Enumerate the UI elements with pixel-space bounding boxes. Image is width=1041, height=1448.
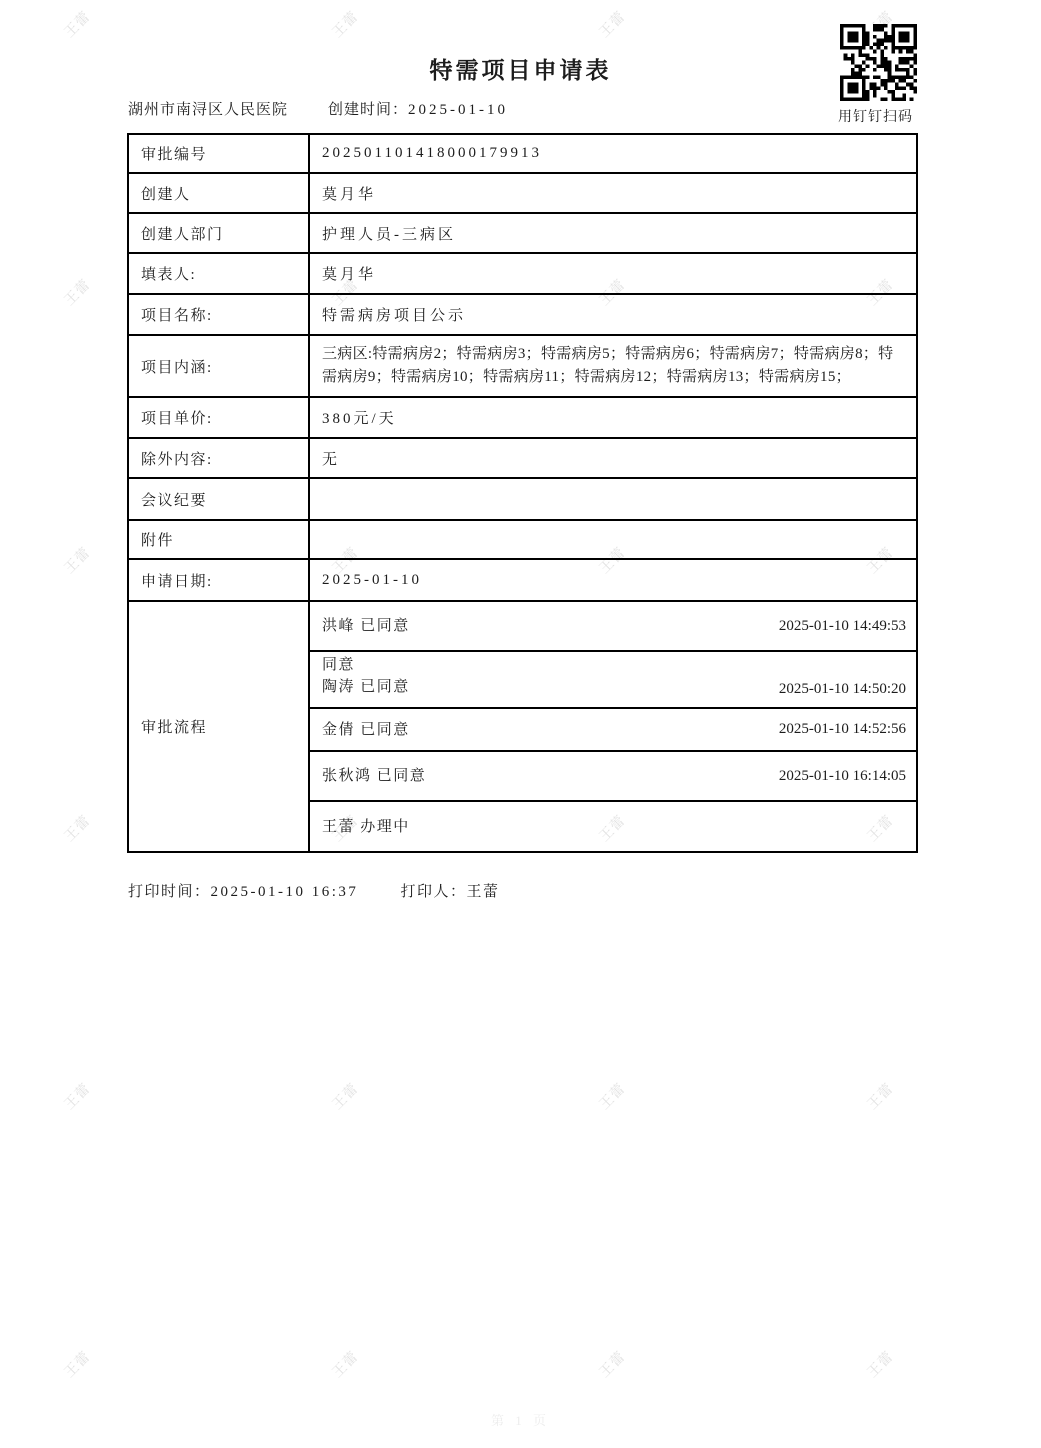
field-value: 莫月华	[309, 253, 917, 294]
form-row: 审批编号202501101418000179913	[128, 134, 917, 173]
created-time-label: 创建时间：	[328, 102, 408, 118]
application-form-table: 审批编号202501101418000179913创建人莫月华创建人部门护理人员…	[127, 133, 918, 853]
watermark-text: 王蕾	[327, 6, 362, 41]
print-time-label: 打印时间：	[128, 884, 211, 900]
field-value: 无	[309, 438, 917, 478]
form-row: 创建人部门护理人员-三病区	[128, 213, 917, 253]
approval-step: 王蕾 办理中	[310, 802, 916, 851]
approval-step: 张秋鸿 已同意2025-01-10 16:14:05	[310, 752, 916, 802]
approver-name-status: 金倩 已同意	[322, 719, 410, 741]
approval-timestamp: 2025-01-10 14:52:56	[779, 721, 906, 738]
field-value: 380元/天	[309, 397, 917, 438]
field-value	[309, 478, 917, 520]
watermark-text: 王蕾	[594, 1078, 629, 1113]
printer-label: 打印人：	[400, 884, 466, 900]
field-label: 项目单价:	[128, 397, 309, 438]
field-value	[309, 520, 917, 559]
document-page: 王蕾王蕾王蕾王蕾王蕾王蕾王蕾王蕾王蕾王蕾王蕾王蕾王蕾王蕾王蕾王蕾王蕾王蕾王蕾王蕾…	[0, 0, 1041, 1448]
watermark-text: 王蕾	[59, 6, 94, 41]
approver-name-status: 王蕾 办理中	[322, 816, 410, 838]
approver-name-status: 同意陶涛 已同意	[322, 654, 410, 707]
hospital-name: 湖州市南浔区人民医院	[128, 102, 288, 118]
approval-steps: 洪峰 已同意2025-01-10 14:49:53同意陶涛 已同意2025-01…	[309, 601, 917, 852]
approver-line: 金倩 已同意	[322, 719, 410, 741]
watermark-text: 王蕾	[327, 1346, 362, 1381]
field-value: 护理人员-三病区	[309, 213, 917, 253]
approval-row-group: 审批流程洪峰 已同意2025-01-10 14:49:53同意陶涛 已同意202…	[128, 601, 917, 852]
approval-timestamp: 2025-01-10 14:49:53	[779, 618, 906, 635]
form-row: 除外内容:无	[128, 438, 917, 478]
approval-step: 洪峰 已同意2025-01-10 14:49:53	[310, 602, 916, 652]
watermark-text: 王蕾	[594, 1346, 629, 1381]
watermark-text: 王蕾	[862, 1078, 897, 1113]
approval-flow-label: 审批流程	[128, 601, 309, 852]
qr-code-icon	[840, 24, 917, 101]
form-row: 项目单价:380元/天	[128, 397, 917, 438]
print-footer: 打印时间：2025-01-10 16:37打印人：王蕾	[128, 880, 499, 901]
form-row: 会议纪要	[128, 478, 917, 520]
field-value: 2025-01-10	[309, 559, 917, 601]
field-value: 202501101418000179913	[309, 134, 917, 173]
field-label: 除外内容:	[128, 438, 309, 478]
created-time-value: 2025-01-10	[408, 102, 508, 118]
approval-step: 金倩 已同意2025-01-10 14:52:56	[310, 709, 916, 752]
page-number: 第 1 页	[0, 1410, 1041, 1429]
approver-line: 陶涛 已同意	[322, 676, 410, 698]
header-meta: 湖州市南浔区人民医院创建时间：2025-01-10	[128, 98, 508, 119]
watermark-text: 王蕾	[59, 542, 94, 577]
form-row: 填表人:莫月华	[128, 253, 917, 294]
field-value: 特需病房项目公示	[309, 294, 917, 335]
approver-name-status: 洪峰 已同意	[322, 615, 410, 637]
field-value: 莫月华	[309, 173, 917, 213]
field-label: 附件	[128, 520, 309, 559]
print-time-value: 2025-01-10 16:37	[211, 884, 359, 900]
form-row: 附件	[128, 520, 917, 559]
approver-line: 洪峰 已同意	[322, 615, 410, 637]
field-label: 创建人	[128, 173, 309, 213]
approver-line: 王蕾 办理中	[322, 816, 410, 838]
form-row: 项目内涵:三病区:特需病房2；特需病房3；特需病房5；特需病房6；特需病房7；特…	[128, 335, 917, 397]
form-row: 项目名称:特需病房项目公示	[128, 294, 917, 335]
field-label: 项目内涵:	[128, 335, 309, 397]
field-label: 申请日期:	[128, 559, 309, 601]
field-label: 创建人部门	[128, 213, 309, 253]
approval-timestamp: 2025-01-10 14:50:20	[779, 681, 906, 707]
watermark-text: 王蕾	[59, 1078, 94, 1113]
approver-line: 张秋鸿 已同意	[322, 765, 426, 787]
watermark-text: 王蕾	[59, 1346, 94, 1381]
qr-caption: 用钉钉扫码	[838, 106, 926, 126]
approver-name-status: 张秋鸿 已同意	[322, 765, 426, 787]
watermark-text: 王蕾	[59, 810, 94, 845]
watermark-text: 王蕾	[862, 1346, 897, 1381]
form-row: 创建人莫月华	[128, 173, 917, 213]
watermark-text: 王蕾	[59, 274, 94, 309]
qr-block: 用钉钉扫码	[838, 24, 926, 126]
field-label: 会议纪要	[128, 478, 309, 520]
approval-step: 同意陶涛 已同意2025-01-10 14:50:20	[310, 652, 916, 709]
watermark-text: 王蕾	[327, 1078, 362, 1113]
field-value: 三病区:特需病房2；特需病房3；特需病房5；特需病房6；特需病房7；特需病房8；…	[309, 335, 917, 397]
printer-name: 王蕾	[466, 884, 499, 900]
form-row: 申请日期:2025-01-10	[128, 559, 917, 601]
approval-note: 同意	[322, 654, 410, 676]
field-label: 填表人:	[128, 253, 309, 294]
approval-timestamp: 2025-01-10 16:14:05	[779, 768, 906, 785]
watermark-text: 王蕾	[594, 6, 629, 41]
field-label: 审批编号	[128, 134, 309, 173]
field-label: 项目名称:	[128, 294, 309, 335]
